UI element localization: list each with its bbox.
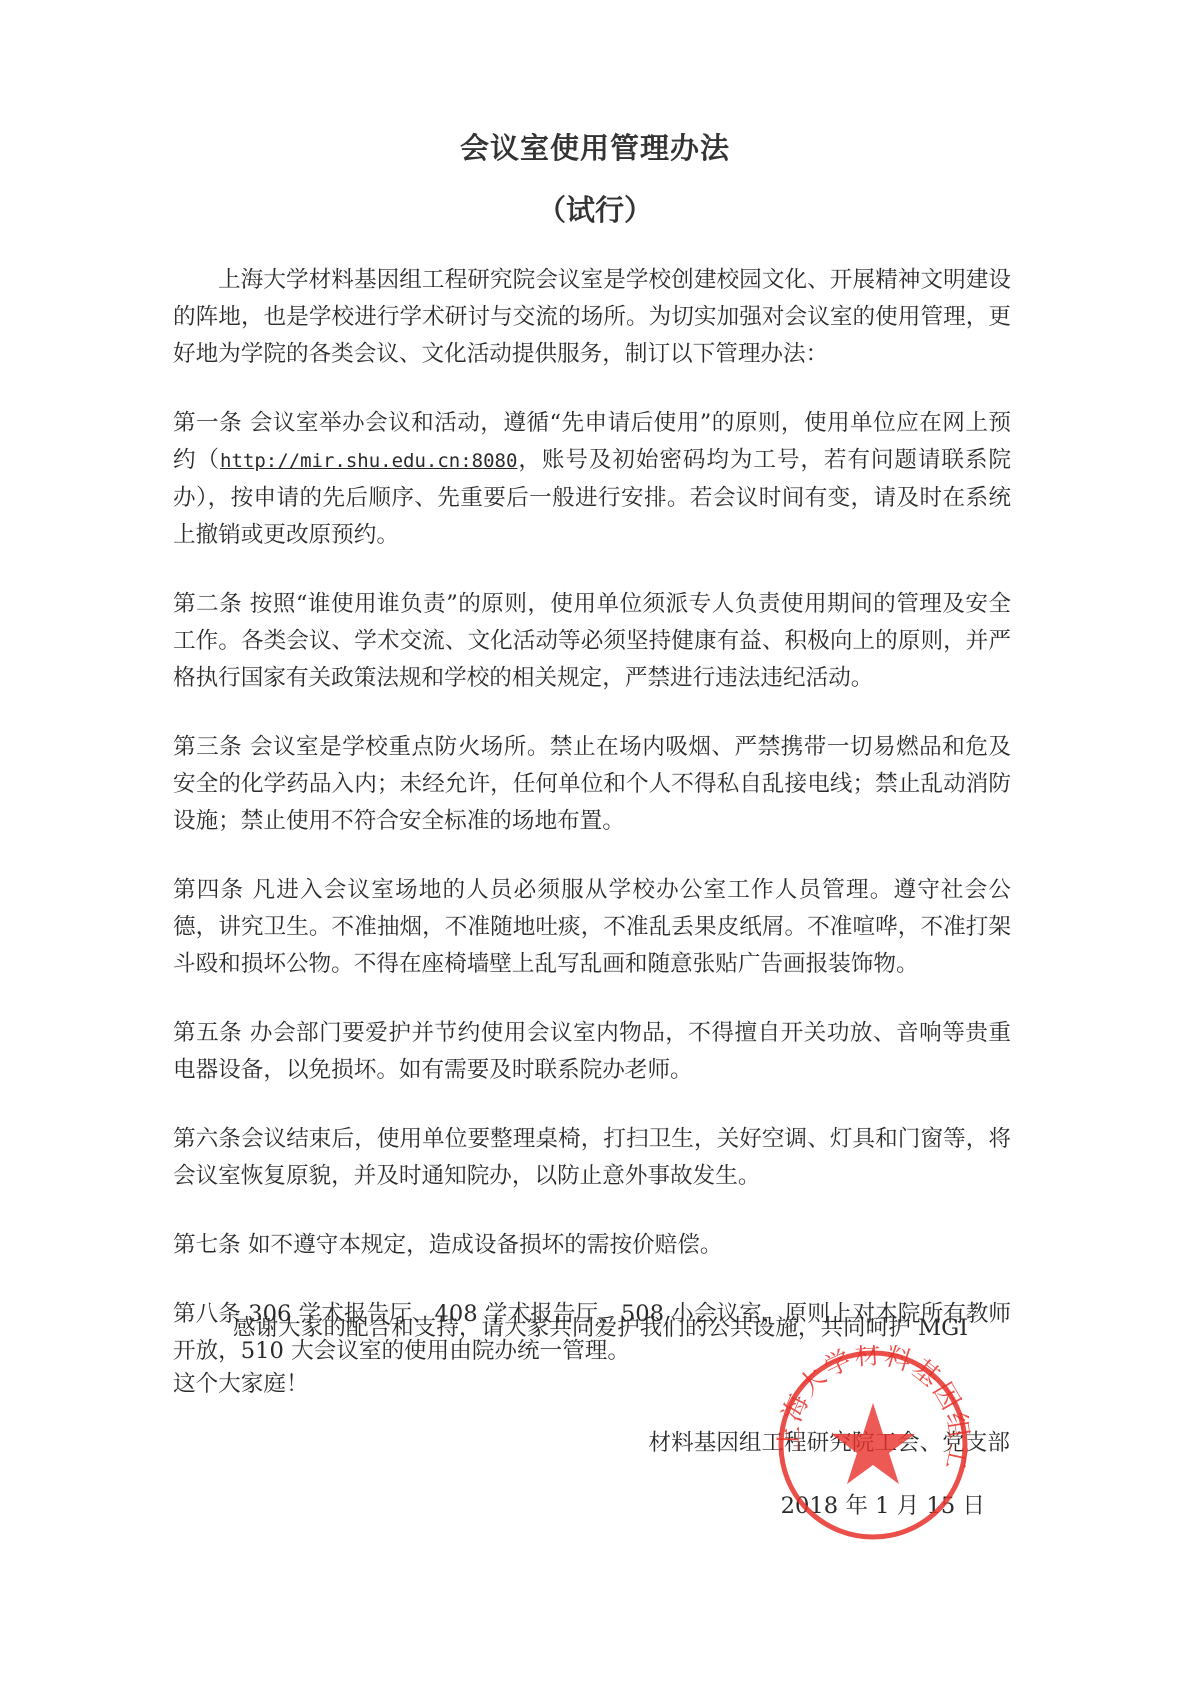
document-date: 2018 年 1 月 15 日: [781, 1488, 985, 1520]
article-label: 第二条: [173, 591, 242, 617]
signature: 材料基因组工程研究院工会、党支部: [649, 1425, 1011, 1457]
article-label: 第四条: [173, 877, 244, 903]
intro-paragraph: 上海大学材料基因组工程研究院会议室是学校创建校园文化、开展精神文明建设的阵地，也…: [173, 262, 1011, 373]
closing-remarks: 感谢大家的配合和支持，请大家共同爱护我们的公共设施，共同呵护 MGI 这个大家庭…: [173, 1300, 1011, 1412]
document-subtitle: （试行）: [0, 188, 1190, 229]
article-3: 第三条 会议室是学校重点防火场所。禁止在场内吸烟、严禁携带一切易燃品和危及安全的…: [173, 729, 1011, 840]
article-5: 第五条 办会部门要爱护并节约使用会议室内物品，不得擅自开关功放、音响等贵重电器设…: [173, 1015, 1011, 1089]
article-label: 第三条: [173, 734, 242, 760]
article-label: 第五条: [173, 1020, 242, 1046]
closing-line-1: 感谢大家的配合和支持，请大家共同爱护我们的公共设施，共同呵护 MGI: [173, 1300, 1011, 1356]
article-6: 第六条会议结束后，使用单位要整理桌椅，打扫卫生，关好空调、灯具和门窗等，将会议室…: [173, 1121, 1011, 1195]
article-7: 第七条 如不遵守本规定，造成设备损坏的需按价赔偿。: [173, 1227, 1011, 1264]
document-title: 会议室使用管理办法: [0, 126, 1190, 167]
article-label: 第七条: [173, 1232, 241, 1258]
reservation-link[interactable]: http://mir.shu.edu.cn:8080: [220, 450, 517, 472]
article-2: 第二条 按照“谁使用谁负责”的原则，使用单位须派专人负责使用期间的管理及安全工作…: [173, 586, 1011, 697]
article-4: 第四条 凡进入会议室场地的人员必须服从学校办公室工作人员管理。遵守社会公德，讲究…: [173, 872, 1011, 983]
closing-line-2: 这个大家庭！: [173, 1356, 1011, 1412]
document-page: 会议室使用管理办法 （试行） 上海大学材料基因组工程研究院会议室是学校创建校园文…: [0, 0, 1190, 1684]
article-label: 第六条: [173, 1126, 241, 1152]
document-body: 上海大学材料基因组工程研究院会议室是学校创建校园文化、开展精神文明建设的阵地，也…: [173, 262, 1011, 1402]
article-1: 第一条 会议室举办会议和活动，遵循“先申请后使用”的原则，使用单位应在网上预约（…: [173, 405, 1011, 554]
article-label: 第一条: [173, 410, 242, 436]
